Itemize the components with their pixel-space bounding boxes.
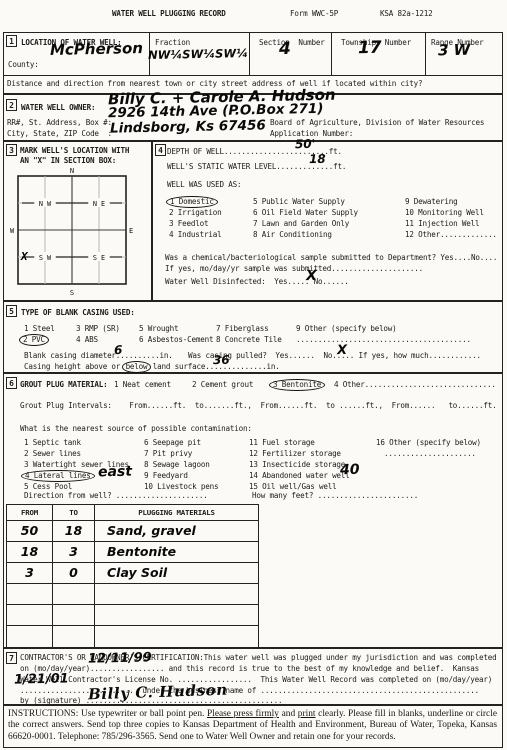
cont-seepage: 6 Seepage pit — [144, 438, 201, 448]
table-cell — [7, 584, 53, 605]
table-cell — [53, 584, 95, 605]
table-cell: 0 — [53, 563, 95, 584]
use-option-oilfield: 6 Oil Field Water Supply — [253, 208, 358, 218]
fraction-value: NW¼SW¼SW¼ — [148, 46, 248, 62]
table-cell: 3 — [53, 542, 95, 563]
section6-number-badge: 6 — [6, 377, 17, 389]
casing-other-dots: ........................................ — [296, 335, 471, 345]
use-option-public: 5 Public Water Supply — [253, 197, 345, 207]
casing-option-steel: 1 Steel — [24, 324, 55, 334]
table-cell: 18 — [53, 521, 95, 542]
cont-insecticide: 13 Insecticide storage — [249, 460, 345, 470]
section5-casing-box: 5 TYPE OF BLANK CASING USED: 1 Steel 3 R… — [3, 301, 503, 373]
cont-privy: 7 Pit privy — [144, 449, 192, 459]
use-option-irrigation: 2 Irrigation — [169, 208, 221, 218]
table-cell — [95, 584, 258, 605]
cont-sewer: 2 Sewer lines — [24, 449, 81, 459]
plugging-table: FROM TO PLUGGING MATERIALS 50 18 Sand, g… — [6, 504, 259, 648]
use-option-injection: 11 Injection Well — [405, 219, 479, 229]
section3-title-line1: MARK WELL'S LOCATION WITH — [20, 146, 129, 156]
section6-title: GROUT PLUG MATERIAL: — [20, 380, 107, 390]
form-statute: KSA 82a-1212 — [380, 9, 432, 19]
grout-option-neat: 1 Neat cement — [114, 380, 171, 390]
casing-option-concrete: 8 Concrete Tile — [216, 335, 282, 345]
below-circled: below — [122, 361, 152, 373]
section-number-value: 4 — [279, 39, 291, 59]
table-cell — [53, 605, 95, 626]
casing-option-abs: 4 ABS — [76, 335, 98, 345]
section7-number-badge: 7 — [6, 652, 17, 664]
use-option-other: 12 Other............. — [405, 230, 497, 240]
use-option-dewatering: 9 Dewatering — [405, 197, 457, 207]
feet-line: How many feet? ....................... — [252, 491, 418, 501]
compass-n-label: N — [70, 167, 74, 175]
agency-text: Board of Agriculture, Division of Water … — [270, 118, 484, 128]
section6-grout-box: 6 GROUT PLUG MATERIAL: 1 Neat cement 2 C… — [3, 373, 503, 648]
col-divider — [331, 33, 332, 75]
section2-title: WATER WELL OWNER: — [21, 103, 95, 113]
use-option-domestic: 1 Domestic — [169, 197, 215, 207]
use-option-monitoring: 10 Monitoring Well — [405, 208, 484, 218]
section-grid-diagram: N S W E N W N E S W S E X — [10, 166, 146, 298]
casing-height-value: 36 — [213, 353, 230, 367]
table-cell — [95, 605, 258, 626]
sample-date-line: If yes, mo/day/yr sample was submitted..… — [165, 264, 423, 274]
table-header-from: FROM — [7, 505, 53, 521]
section2-number-badge: 2 — [6, 99, 17, 111]
disinfected-line: Water Well Disinfected: Yes..... No.....… — [165, 277, 349, 287]
quadrant-sw-label: S W — [39, 254, 52, 262]
well-used-as-label: WELL WAS USED AS: — [167, 180, 241, 190]
section4-number-badge: 4 — [155, 144, 166, 156]
casing-option-wrought: 5 Wrought — [139, 324, 178, 334]
direction-value: east — [98, 464, 132, 481]
table-cell — [95, 626, 258, 647]
cont-fertilizer: 12 Fertilizer storage — [249, 449, 341, 459]
grout-intervals-line: Grout Plug Intervals: From......ft. to..… — [20, 401, 497, 411]
quadrant-se-label: S E — [93, 254, 105, 262]
instructions-text: INSTRUCTIONS: Use typewriter or ball poi… — [8, 709, 497, 742]
quadrant-nw-label: N W — [39, 200, 52, 208]
address-label: RR#, St. Address, Box #: — [7, 118, 112, 128]
township-number-value: 17 — [358, 38, 382, 58]
cont-lateral: 4 Lateral lines — [24, 471, 92, 481]
table-cell: Sand, gravel — [95, 521, 258, 542]
col-divider — [249, 33, 250, 75]
table-header-materials: PLUGGING MATERIALS — [95, 505, 258, 521]
casing-option-rmp: 3 RMP (SR) — [76, 324, 120, 334]
section3-title-line2: AN "X" IN SECTION BOX: — [20, 156, 116, 166]
section5-title: TYPE OF BLANK CASING USED: — [21, 308, 135, 318]
city-value: Lindsborg, Ks 67456 — [110, 117, 266, 136]
table-cell: Clay Soil — [95, 563, 258, 584]
depth-value: 50' — [295, 137, 316, 151]
section5-number-badge: 5 — [6, 305, 17, 317]
section7-certification-box: 7 CONTRACTOR'S OR LANDOWNER'S CERTIFICAT… — [3, 648, 503, 705]
casing-pulled-line: Was casing pulled? Yes...... No..... If … — [188, 351, 481, 361]
casing-height-line: Casing height above or below land surfac… — [24, 362, 280, 372]
cont-other-dots: ..................... — [384, 449, 476, 459]
underlined-print: print — [298, 709, 316, 719]
casing-option-pvc: 2 PVC — [22, 335, 46, 345]
row-divider — [4, 75, 502, 76]
underlined-press-firmly: Please press firmly — [207, 709, 279, 719]
use-option-industrial: 4 Industrial — [169, 230, 221, 240]
table-cell: 3 — [7, 563, 53, 584]
form-number: Form WWC-5P — [290, 9, 338, 19]
grout-option-bentonite: 3 Bentonite — [272, 380, 322, 390]
sample-question-line: Was a chemical/bacteriological sample su… — [165, 253, 497, 263]
table-cell: 18 — [7, 542, 53, 563]
table-cell: Bentonite — [95, 542, 258, 563]
cont-feedyard: 9 Feedyard — [144, 471, 188, 481]
compass-s-label: S — [70, 289, 74, 297]
static-level-value: 18 — [309, 152, 326, 166]
range-number-value: 3 W — [438, 41, 471, 60]
use-option-lawn: 7 Lawn and Garden Only — [253, 219, 349, 229]
date-plugged-value: 12/11/99 — [88, 650, 152, 666]
table-header-to: TO — [53, 505, 95, 521]
casing-diameter-line: Blank casing diameter..........in. — [24, 351, 173, 361]
county-label: County: — [8, 60, 39, 70]
disinfected-yes-mark: X — [306, 268, 317, 284]
contamination-question: What is the nearest source of possible c… — [20, 424, 252, 434]
certification-line3: Water Well Contractor's License No. ....… — [20, 675, 492, 685]
form-title: WATER WELL PLUGGING RECORD — [112, 9, 226, 19]
grout-option-other: 4 Other.............................. — [334, 380, 496, 390]
section4-well-box: 4 DEPTH OF WELL........................f… — [152, 141, 503, 301]
section-number-label: Section Number — [259, 38, 325, 48]
casing-diameter-value: 6 — [114, 343, 123, 357]
county-value: McPherson — [50, 39, 143, 59]
quadrant-ne-label: N E — [93, 200, 105, 208]
cont-other: 16 Other (specify below) — [376, 438, 481, 448]
cont-septic: 1 Septic tank — [24, 438, 81, 448]
casing-pulled-no-mark: X — [337, 343, 347, 358]
date-completed-value: 1/21/01 — [14, 671, 69, 687]
table-cell — [7, 626, 53, 647]
compass-e-label: E — [129, 227, 133, 235]
col-divider — [425, 33, 426, 75]
instructions-box: INSTRUCTIONS: Use typewriter or ball poi… — [3, 705, 503, 748]
direction-line: Direction from well? ...................… — [24, 491, 208, 501]
use-option-aircon: 8 Air Conditioning — [253, 230, 332, 240]
city-label: City, State, ZIP Code : — [7, 129, 112, 139]
grout-option-cement: 2 Cement grout — [192, 380, 253, 390]
cont-abandoned: 14 Abandoned water well — [249, 471, 350, 481]
table-cell — [7, 605, 53, 626]
casing-option-other: 9 Other (specify below) — [296, 324, 397, 334]
compass-w-label: W — [10, 227, 15, 235]
use-option-feedlot: 3 Feedlot — [169, 219, 208, 229]
table-cell — [53, 626, 95, 647]
casing-option-asbestos: 6 Asbestos-Cement — [139, 335, 213, 345]
cont-fuel: 11 Fuel storage — [249, 438, 315, 448]
feet-value: 40 — [340, 462, 360, 478]
table-cell: 50 — [7, 521, 53, 542]
casing-option-fiberglass: 7 Fiberglass — [216, 324, 268, 334]
cont-lagoon: 8 Sewage lagoon — [144, 460, 210, 470]
section3-mark-box: 3 MARK WELL'S LOCATION WITH AN "X" IN SE… — [3, 141, 152, 301]
section3-number-badge: 3 — [6, 144, 17, 156]
section1-number-badge: 1 — [6, 35, 17, 47]
